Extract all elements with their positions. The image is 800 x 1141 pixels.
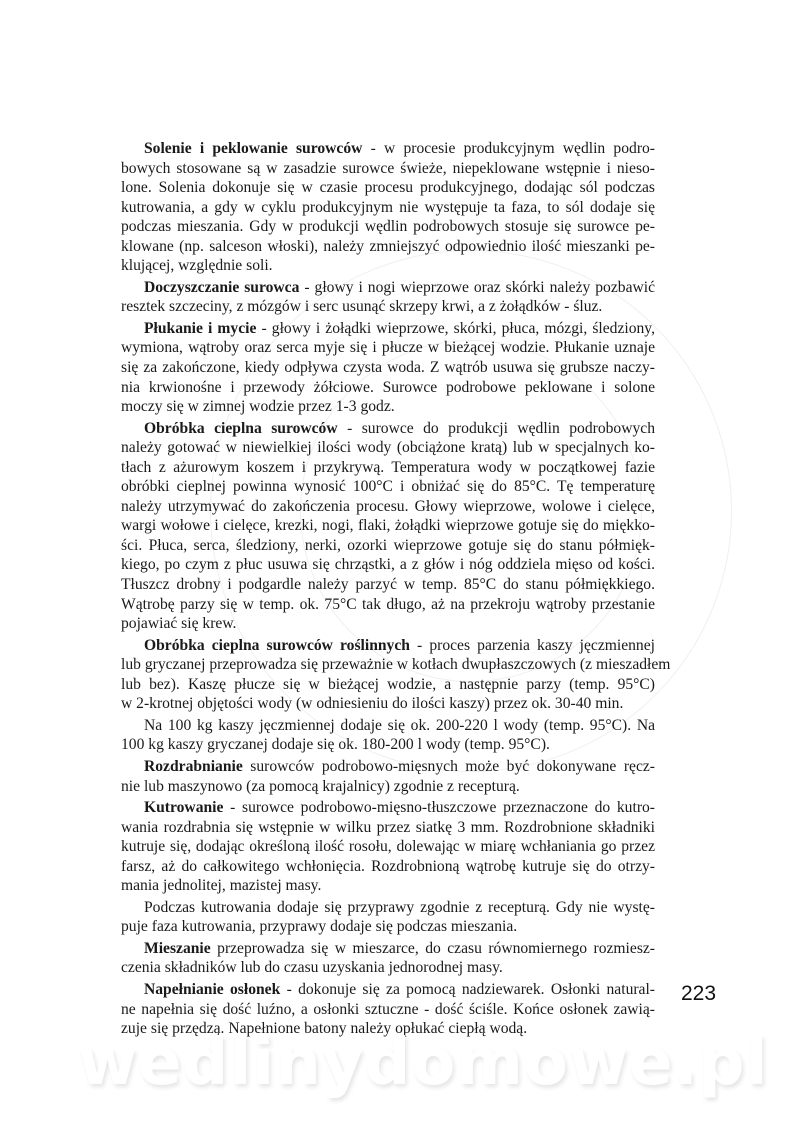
paragraph-mieszanie: Mieszanie przeprowadza się w mieszarce, …: [121, 939, 655, 978]
text-line: się za zakończone, kiedy odpływa czysta …: [121, 358, 655, 378]
text-line: moczy się w zimnej wodzie przez 1-3 godz…: [121, 397, 655, 417]
paragraph-heading: Obróbka cieplna surowców roślinnych: [144, 637, 410, 654]
paragraph-rozdrabnianie: Rozdrabnianie surowców podrobowo-mięsnyc…: [121, 757, 655, 796]
text-line: ne napełnia się dość luźno, a osłonki sz…: [121, 1000, 655, 1020]
text-line: Obróbka cieplna surowców - surowce do pr…: [121, 419, 655, 439]
text-line: klującej, względnie soli.: [121, 256, 655, 276]
text-line: w 2-krotnej objętości wody (w odniesieni…: [121, 694, 655, 714]
text-line: czenia składników lub do czasu uzyskania…: [121, 958, 655, 978]
paragraph-obrobka: Obróbka cieplna surowców - surowce do pr…: [121, 419, 655, 634]
text-line: nie lub maszynowo (za pomocą krajalnicy)…: [121, 777, 655, 797]
text-line: mania jednolitej, mazistej masy.: [121, 876, 655, 896]
text-line: Podczas kutrowania dodaje się przyprawy …: [121, 898, 655, 918]
text-line: Płukanie i mycie - głowy i żołądki wiepr…: [121, 319, 655, 339]
text-line: lub gryczanej przeprowadza się przeważni…: [121, 655, 655, 675]
text-line: kutrowania, a gdy w cyklu produkcyjnym n…: [121, 198, 655, 218]
text-line: Wątrobę parzy się w temp. ok. 75°C tak d…: [121, 595, 655, 615]
page-body: Solenie i peklowanie surowców - w proces…: [121, 139, 655, 1041]
paragraph-podczas-kutrowania: Podczas kutrowania dodaje się przyprawy …: [121, 898, 655, 937]
text-line: należy gotować w niewielkiej ilości wody…: [121, 438, 655, 458]
text-line: podczas mieszania. Gdy w produkcji wędli…: [121, 217, 655, 237]
text-line: lone. Solenia dokonuje się w czasie proc…: [121, 178, 655, 198]
paragraph-heading: Solenie i peklowanie surowców: [144, 140, 362, 157]
text-line: klowane (np. salceson włoski), należy zm…: [121, 237, 655, 257]
text-line: tłach z ażurowym koszem i przykrywą. Tem…: [121, 458, 655, 478]
text-line: lub bez). Kaszę płucze się w bieżącej wo…: [121, 675, 655, 695]
paragraph-heading: Kutrowanie: [144, 799, 223, 816]
text-line: Tłuszcz drobny i podgardle należy parzyć…: [121, 575, 655, 595]
paragraph-heading: Napełnianie osłonek: [144, 981, 280, 998]
paragraph-solenie: Solenie i peklowanie surowców - w proces…: [121, 139, 655, 276]
paragraph-obrobka-roslinnych: Obróbka cieplna surowców roślinnych - pr…: [121, 636, 655, 714]
text-line: Na 100 kg kaszy jęczmiennej dodaje się o…: [121, 716, 655, 736]
text-line: wargi wołowe i cielęce, krezki, nogi, fl…: [121, 516, 655, 536]
paragraph-heading: Doczyszczanie surowca: [144, 279, 299, 296]
paragraph-plukanie: Płukanie i mycie - głowy i żołądki wiepr…: [121, 319, 655, 417]
text-line: puje faza kutrowania, przyprawy dodaje s…: [121, 917, 655, 937]
text-line: resztek szczeciny, z mózgów i serc usuną…: [121, 297, 655, 317]
paragraph-heading: Obróbka cieplna surowców: [144, 420, 338, 437]
paragraph-na-100kg: Na 100 kg kaszy jęczmiennej dodaje się o…: [121, 716, 655, 755]
text-line: 100 kg kaszy gryczanej dodaje się ok. 18…: [121, 735, 655, 755]
text-line: pojawiać się krew.: [121, 614, 655, 634]
paragraph-heading: Mieszanie: [144, 940, 211, 957]
page-number: 223: [681, 982, 716, 1006]
paragraph-heading: Rozdrabnianie: [144, 758, 243, 775]
text-line: należy utrzymywać do zakończenia procesu…: [121, 497, 655, 517]
text-line: ści. Płuca, serca, śledziony, nerki, ozo…: [121, 536, 655, 556]
text-line: obróbki cieplnej powinna wynosić 100°C i…: [121, 477, 655, 497]
text-line: Obróbka cieplna surowców roślinnych - pr…: [121, 636, 655, 656]
text-line: Doczyszczanie surowca - głowy i nogi wie…: [121, 278, 655, 298]
text-line: farsz, aż do całkowitego wchłonięcia. Ro…: [121, 857, 655, 877]
text-line: wania rozdrabnia się wstępnie w wilku pr…: [121, 818, 655, 838]
paragraph-kutrowanie: Kutrowanie - surowce podrobowo-mięsno-tł…: [121, 798, 655, 896]
text-line: Rozdrabnianie surowców podrobowo-mięsnyc…: [121, 757, 655, 777]
text-line: Solenie i peklowanie surowców - w proces…: [121, 139, 655, 159]
text-line: kiego, po czym z płuc usuwa się chrząstk…: [121, 555, 655, 575]
text-line: nia krwionośne i przewody żółciowe. Suro…: [121, 378, 655, 398]
text-line: Kutrowanie - surowce podrobowo-mięsno-tł…: [121, 798, 655, 818]
text-line: Mieszanie przeprowadza się w mieszarce, …: [121, 939, 655, 959]
text-line: Napełnianie osłonek - dokonuje się za po…: [121, 980, 655, 1000]
text-line: wymiona, wątroby oraz serca myje się i p…: [121, 338, 655, 358]
paragraph-heading: Płukanie i mycie: [144, 320, 256, 337]
text-line: kutruje się, dodając określoną ilość ros…: [121, 837, 655, 857]
site-watermark: wedlinydomowe.pl: [78, 1026, 738, 1100]
paragraph-doczyszczanie: Doczyszczanie surowca - głowy i nogi wie…: [121, 278, 655, 317]
text-line: bowych stosowane są w zasadzie surowce ś…: [121, 159, 655, 179]
